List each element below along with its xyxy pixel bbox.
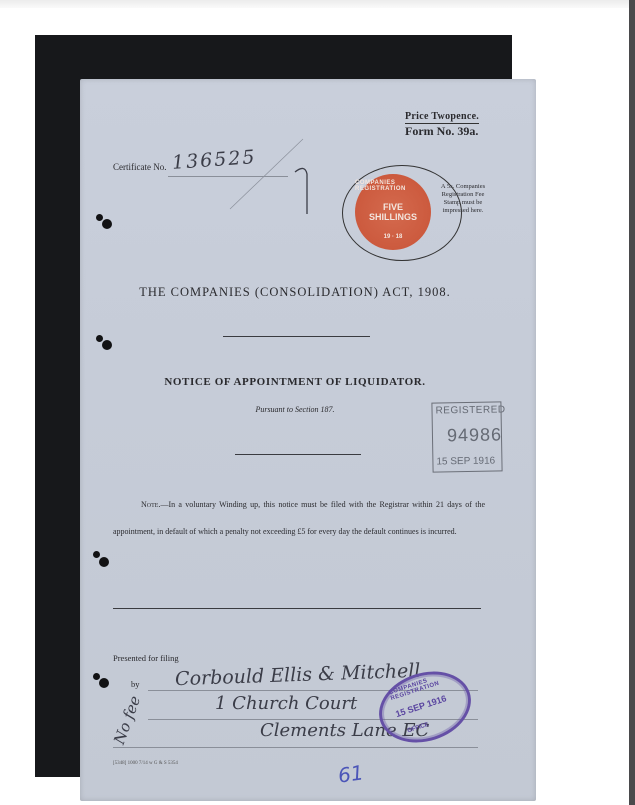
punch-hole-icon [99, 557, 109, 567]
stamp-value-line1: FIVE [383, 202, 403, 212]
by-label: by [131, 679, 140, 689]
filer-name-handwritten: Corbould Ellis & Mitchell [175, 660, 421, 691]
note-lead: Note. [141, 500, 160, 509]
pencil-mark-icon [225, 134, 315, 224]
stamp-year: 19 · 18 [384, 234, 403, 240]
registered-stamp: REGISTERED 94986 15 SEP 1916 [431, 401, 502, 472]
punch-hole-icon [99, 678, 109, 688]
viewer-top-bar [0, 0, 635, 8]
notice-title: NOTICE OF APPOINTMENT OF LIQUIDATOR. [80, 376, 510, 388]
form-number: Form No. 39a. [405, 124, 478, 139]
certificate-label: Certificate No. [113, 162, 166, 172]
punch-hole-icon [102, 340, 112, 350]
fee-stamp: COMPANIES REGISTRATION FIVE SHILLINGS 19… [355, 174, 431, 250]
punch-hole-icon [93, 673, 100, 680]
printer-imprint: [5348] 1000 7/14 w G & S 5354 [113, 761, 178, 766]
registered-number: 94986 [447, 424, 502, 446]
filing-note: Note.—In a voluntary Winding up, this no… [113, 492, 485, 545]
punch-hole-icon [96, 214, 103, 221]
vertical-scrollbar[interactable] [629, 0, 635, 805]
punch-hole-icon [96, 335, 103, 342]
stamp-value-line2: SHILLINGS [369, 212, 417, 222]
stamp-ring-text: COMPANIES REGISTRATION [355, 180, 431, 192]
act-title: THE COMPANIES (CONSOLIDATION) ACT, 1908. [80, 285, 510, 300]
purple-stamp-bottom: OFFICE [407, 722, 430, 735]
filer-address-line1: 1 Church Court [215, 693, 357, 714]
margin-note-handwritten: No fee [110, 693, 144, 746]
document-page: Price Twopence. Form No. 39a. Certificat… [80, 79, 536, 801]
folio-number: 61 [336, 760, 365, 787]
document-scan-frame: Price Twopence. Form No. 39a. Certificat… [35, 35, 512, 777]
punch-hole-icon [93, 551, 100, 558]
divider [235, 454, 361, 455]
registered-label: REGISTERED [435, 404, 505, 416]
punch-hole-icon [102, 219, 112, 229]
divider [113, 608, 481, 609]
price-label: Price Twopence. [405, 111, 479, 124]
divider [223, 336, 370, 337]
registered-date: 15 SEP 1916 [436, 456, 495, 468]
filer-line [113, 747, 478, 748]
fee-stamp-note: A 5s. Companies Registration Fee Stamp m… [438, 183, 488, 215]
presented-label: Presented for filing [113, 653, 179, 663]
note-text: —In a voluntary Winding up, this notice … [113, 500, 485, 536]
